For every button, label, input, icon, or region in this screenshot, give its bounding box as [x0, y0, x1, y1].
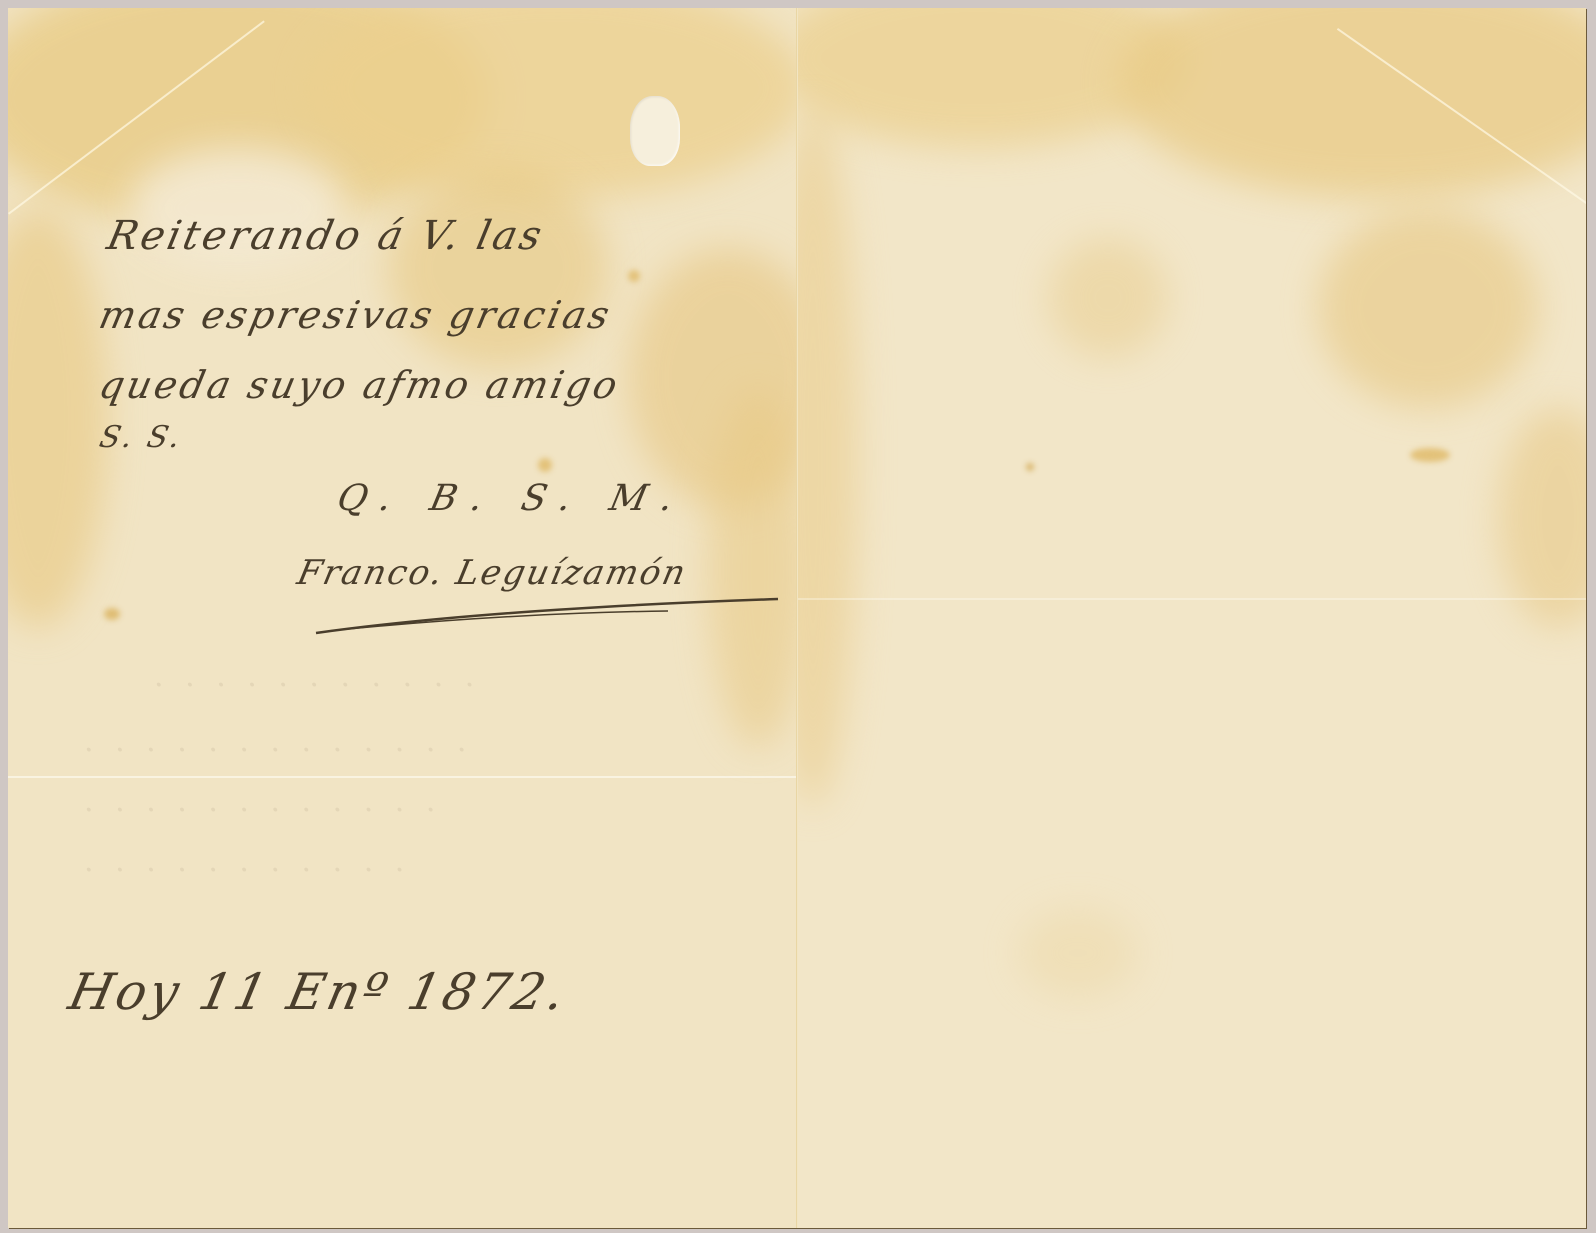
bleed-through-line: · · · · · · · · · · · · [78, 793, 435, 828]
bleed-through-line: · · · · · · · · · · · [148, 668, 474, 703]
bleed-through-line: · · · · · · · · · · · [78, 853, 404, 888]
letter-line: mas espresivas gracias [95, 293, 616, 337]
signature: Franco. Leguízamón [294, 553, 691, 593]
signature-underline [308, 591, 788, 641]
left-page: · · · · · · · · · · · · · · · · · · · · … [8, 8, 798, 1228]
embossed-crest-icon [630, 96, 680, 166]
letter-line: Reiterando á V. las [103, 213, 548, 259]
letter-line: S. S. [96, 420, 186, 455]
letter-sheet: · · · · · · · · · · · · · · · · · · · · … [8, 8, 1586, 1228]
corner-fold [8, 20, 265, 214]
horizontal-fold [798, 598, 1586, 600]
right-page [798, 8, 1586, 1228]
horizontal-fold [8, 776, 798, 778]
letter-date: Hoy 11 Enº 1872. [64, 963, 573, 1021]
bleed-through-line: · · · · · · · · · · · · · [78, 733, 466, 768]
letter-line: queda suyo afmo amigo [95, 363, 624, 407]
closing-formula: Q. B. S. M. [334, 478, 691, 519]
corner-fold [1337, 28, 1586, 213]
